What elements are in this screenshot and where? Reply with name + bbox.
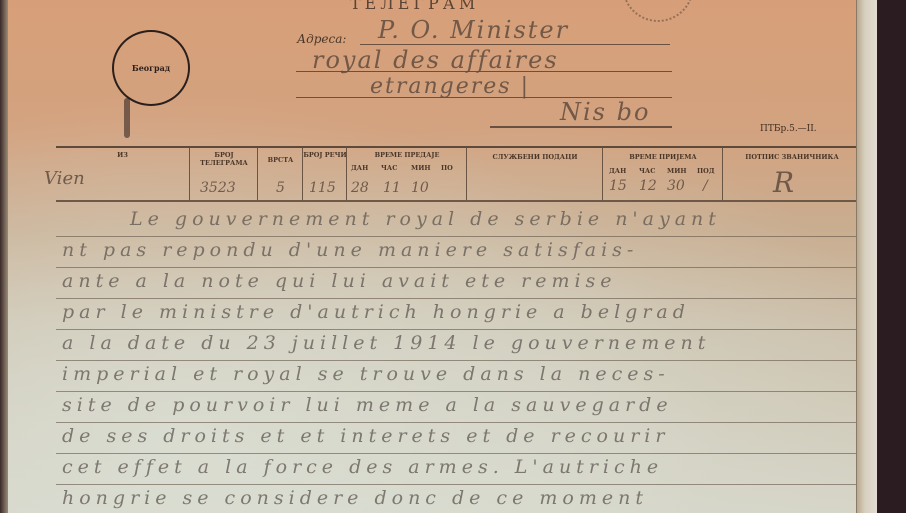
ruled-line	[56, 484, 860, 485]
ink-drip	[124, 98, 130, 138]
cell-word-count: БРОЈ РЕЧИ 115	[302, 148, 347, 200]
message-line: de ses droits et et interets et de recou…	[62, 425, 669, 447]
address-rule	[360, 44, 670, 45]
message-line: nt pas repondu d'une maniere satisfais-	[62, 239, 638, 261]
cell-official-signature: ПОТПИС ЗВАНИЧНИКА R	[722, 148, 861, 200]
postmark-stamp-top	[622, 0, 694, 22]
cell-send-time: ВРЕМЕ ПРЕДАЈЕ ДАН ЧАС МИН ПО 28 11 10	[346, 148, 467, 200]
stamp-text: Београд	[132, 63, 170, 73]
value-type: 5	[276, 180, 285, 196]
message-line: site de pourvoir lui meme a la sauvegard…	[62, 394, 673, 416]
message-line: a la date du 23 juillet 1914 le gouverne…	[62, 332, 710, 354]
message-line: Le gouvernement royal de serbie n'ayant	[130, 208, 721, 230]
postmark-stamp: Београд	[112, 30, 190, 106]
value-word-count: 115	[309, 180, 336, 196]
address-line-3: etrangeres |	[370, 74, 530, 99]
ruled-line	[56, 422, 860, 423]
ruled-line	[56, 360, 860, 361]
telegram-paper: ТЕЛЕГРАМ Београд Адреса: P. O. Minister …	[0, 0, 876, 513]
paper-left-edge	[0, 0, 8, 513]
cell-type: ВРСТА 5	[257, 148, 303, 200]
message-line: imperial et royal se trouve dans la nece…	[62, 363, 670, 385]
ruled-line	[56, 298, 860, 299]
ruled-line	[56, 453, 860, 454]
ruled-line	[56, 236, 860, 237]
header-table: ИЗ Vien БРОЈ ТЕЛЕГРАМА 3523 ВРСТА 5 БРОЈ…	[56, 146, 860, 202]
address-line-1: P. O. Minister	[378, 16, 569, 44]
value-from: Vien	[44, 168, 85, 189]
ruled-line	[56, 329, 860, 330]
address-line-2: royal des affaires	[312, 46, 559, 74]
message-line: ante a la note qui lui avait ete remise	[62, 270, 617, 292]
ruled-line	[56, 267, 860, 268]
address-label: Адреса:	[297, 32, 346, 46]
official-signature: R	[773, 166, 794, 199]
cell-from: ИЗ Vien	[56, 148, 189, 200]
ruled-line	[56, 391, 860, 392]
form-code: ПТБр.5.—II.	[760, 124, 817, 134]
cell-telegram-number: БРОЈ ТЕЛЕГРАМА 3523	[189, 148, 258, 200]
telegram-title: ТЕЛЕГРАМ	[350, 0, 479, 13]
value-telegram-number: 3523	[200, 180, 236, 196]
address-rule	[490, 126, 672, 128]
address-line-4: Nis bo	[560, 98, 650, 126]
cell-service-data: СЛУЖБЕНИ ПОДАЦИ	[466, 148, 603, 200]
cell-receive-time: ВРЕМЕ ПРИЈЕМА ДАН ЧАС МИН ПОД 15 12 30 /	[602, 148, 723, 200]
message-line: cet effet a la force des armes. L'autric…	[62, 456, 663, 478]
message-line: hongrie se considere donc de ce moment	[62, 487, 648, 509]
paper-right-edge	[856, 0, 877, 513]
message-line: par le ministre d'autrich hongrie a belg…	[62, 301, 690, 323]
